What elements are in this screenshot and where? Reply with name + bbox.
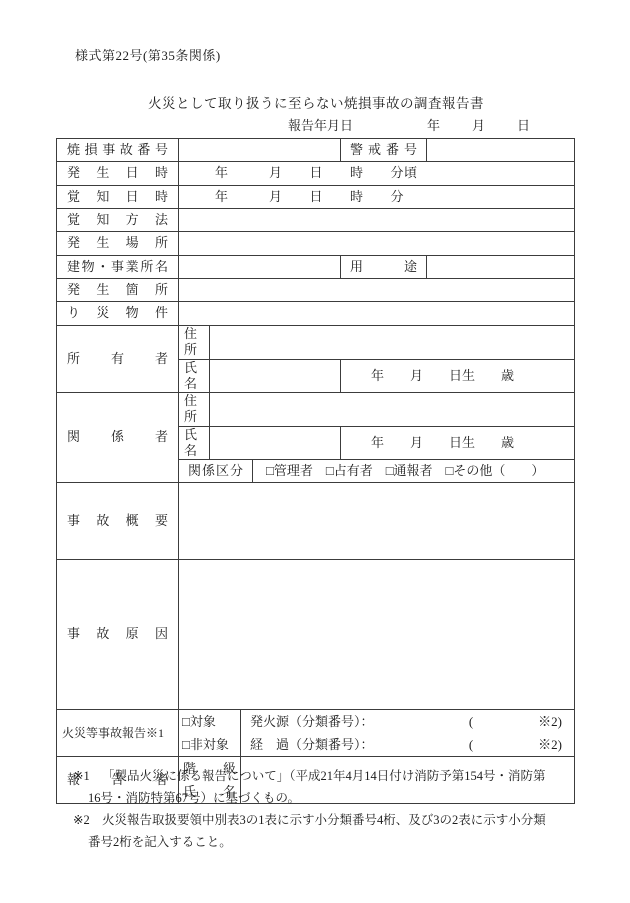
owner-name-field	[210, 359, 341, 393]
related-birthdate-field: 年 月 日生 歳	[341, 426, 575, 460]
accident-cause-label: 事故原因	[57, 560, 179, 710]
row-incident-number: 焼損事故番号 警戒番号	[57, 139, 575, 162]
row-location: 発生場所	[57, 232, 575, 256]
footnote-1-line1: 「製品火災に係る報告について」（平成21年4月14日付け消防予第154号・消防第	[102, 769, 546, 783]
row-owner-address: 所有者 住所	[57, 326, 575, 360]
page-title: 火災として取り扱うに至らない焼損事故の調査報告書	[57, 92, 575, 112]
building-name-field	[179, 256, 341, 279]
owner-birthdate-field: 年 月 日生 歳	[341, 359, 575, 393]
fire-report-detail: 発火源（分類番号）： ( ※2) 経 過（分類番号）： ( ※2)	[241, 710, 575, 757]
fire-report-nontarget-checkbox: □非対象	[182, 733, 240, 756]
location-field	[179, 232, 575, 256]
owner-label: 所有者	[57, 326, 179, 393]
report-date-line: 報告年月日 年 月 日	[57, 115, 575, 135]
footnote-1: ※1 「製品火災に係る報告について」（平成21年4月14日付け消防予第154号・…	[73, 765, 578, 809]
row-fire-report: 火災等事故報告※1 □対象 □非対象 発火源（分類番号）： ( ※2) 経 過（…	[57, 710, 575, 757]
row-spot: 発生箇所	[57, 279, 575, 302]
awareness-datetime-field: 年 月 日 時 分	[179, 186, 575, 209]
accident-summary-label: 事故概要	[57, 483, 179, 560]
damaged-property-field	[179, 302, 575, 326]
occurrence-datetime-label: 発生日時	[57, 162, 179, 186]
guard-number-field	[427, 139, 575, 162]
related-name-field	[210, 426, 341, 460]
usage-label: 用途	[341, 256, 427, 279]
document-page: 様式第22号(第35条関係) 火災として取り扱うに至らない焼損事故の調査報告書 …	[0, 0, 630, 903]
progress-line: 経 過（分類番号）： ( ※2)	[241, 733, 574, 756]
footnote-2: ※2 火災報告取扱要領中別表3の1表に示す小分類番号4桁、及び3の2表に示す小分…	[73, 809, 578, 853]
row-occurrence-datetime: 発生日時 年 月 日 時 分頃	[57, 162, 575, 186]
row-damaged-property: り災物件	[57, 302, 575, 326]
usage-field	[427, 256, 575, 279]
awareness-datetime-label: 覚知日時	[57, 186, 179, 209]
progress-label: 経 過（分類番号）：	[250, 733, 374, 756]
relation-type-options: □管理者 □占有者 □通報者 □その他（ ）	[253, 460, 575, 483]
related-address-label: 住所	[179, 393, 210, 427]
footnotes: ※1 「製品火災に係る報告について」（平成21年4月14日付け消防予第154号・…	[73, 765, 578, 853]
report-date-label: 報告年月日	[288, 115, 353, 134]
spot-field	[179, 279, 575, 302]
row-related-address: 関係者 住所	[57, 393, 575, 427]
building-name-label: 建物・事業所名	[57, 256, 179, 279]
owner-address-label: 住所	[179, 326, 210, 360]
ignition-source-line: 発火源（分類番号）： ( ※2)	[241, 710, 574, 733]
footnote-2-line1: 火災報告取扱要領中別表3の1表に示す小分類番号4桁、及び3の2表に示す小分類	[102, 813, 546, 827]
damaged-property-label: り災物件	[57, 302, 179, 326]
footnote-1-text: 「製品火災に係る報告について」（平成21年4月14日付け消防予第154号・消防第…	[102, 765, 578, 809]
row-accident-cause: 事故原因	[57, 560, 575, 710]
footnote-2-line2: 番号2桁を記入すること。	[88, 831, 578, 853]
occurrence-datetime-field: 年 月 日 時 分頃	[179, 162, 575, 186]
ignition-source-label: 発火源（分類番号）：	[250, 710, 374, 733]
related-person-label: 関係者	[57, 393, 179, 483]
row-awareness-method: 覚知方法	[57, 209, 575, 232]
progress-ref: ( ※2)	[469, 733, 562, 756]
fire-report-checkboxes: □対象 □非対象	[179, 710, 241, 757]
related-address-field	[210, 393, 575, 427]
row-accident-summary: 事故概要	[57, 483, 575, 560]
footnote-2-text: 火災報告取扱要領中別表3の1表に示す小分類番号4桁、及び3の2表に示す小分類番号…	[102, 809, 578, 853]
awareness-method-field	[179, 209, 575, 232]
accident-summary-field	[179, 483, 575, 560]
incident-number-label: 焼損事故番号	[57, 139, 179, 162]
footnote-1-line2: 16号・消防特第67号）に基づくもの。	[88, 787, 578, 809]
fire-report-target-checkbox: □対象	[182, 710, 240, 733]
form-number: 様式第22号(第35条関係)	[75, 45, 221, 64]
row-building: 建物・事業所名 用途	[57, 256, 575, 279]
report-form-table: 焼損事故番号 警戒番号 発生日時 年 月 日 時 分頃 覚知日時 年 月 日 時…	[56, 138, 575, 804]
incident-number-field	[179, 139, 341, 162]
awareness-method-label: 覚知方法	[57, 209, 179, 232]
guard-number-label: 警戒番号	[341, 139, 427, 162]
report-date-value: 年 月 日	[427, 115, 532, 134]
ignition-source-ref: ( ※2)	[469, 710, 562, 733]
accident-cause-field	[179, 560, 575, 710]
row-awareness-datetime: 覚知日時 年 月 日 時 分	[57, 186, 575, 209]
spot-label: 発生箇所	[57, 279, 179, 302]
fire-report-label: 火災等事故報告※1	[57, 710, 179, 757]
location-label: 発生場所	[57, 232, 179, 256]
relation-type-label: 関係区分	[179, 460, 253, 483]
owner-address-field	[210, 326, 575, 360]
owner-name-label: 氏名	[179, 359, 210, 393]
related-name-label: 氏名	[179, 426, 210, 460]
